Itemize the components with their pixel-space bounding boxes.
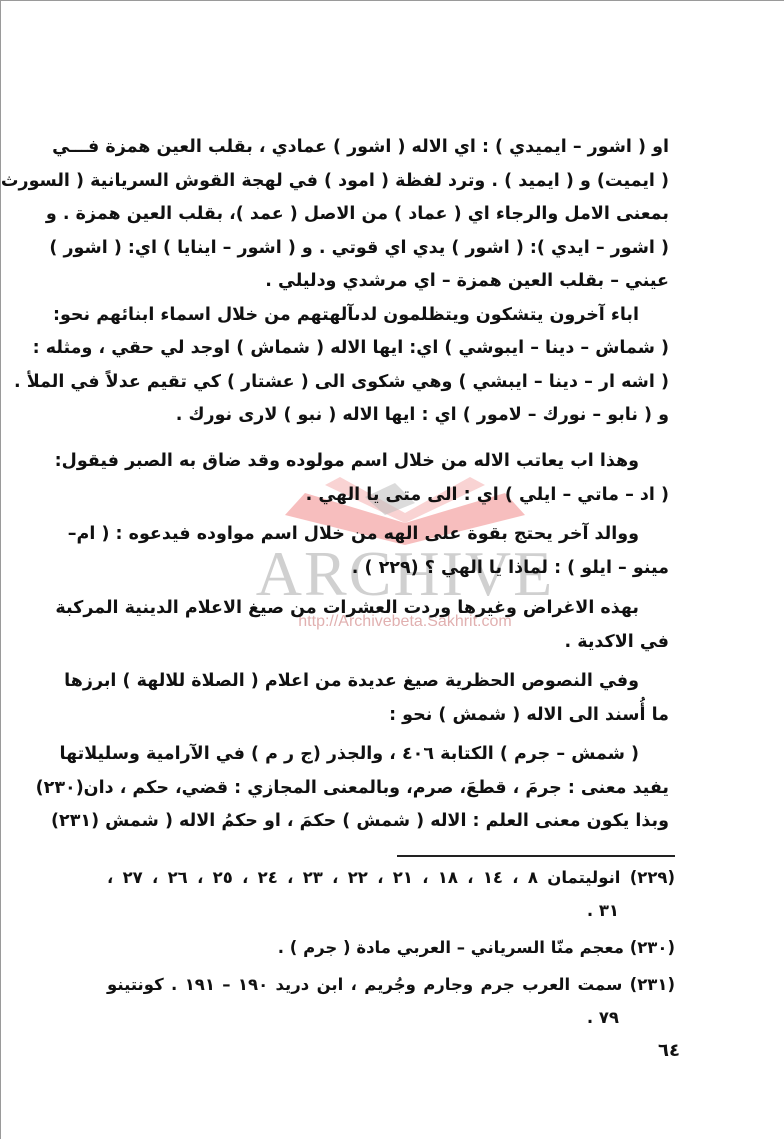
text-line: و ( نابو – نورك – لامور ) اي : ايها الال… [107,399,669,433]
body-text: وهذا اب يعاتب الاله من خلال اسم مولوده و… [107,445,669,512]
text-line: وبذا يكون معنى العلم : الاله ( شمش ) حكم… [107,805,669,839]
text-line: يفيد معنى : جرمَ ، قطعَ، صرم، وبالمعنى ا… [107,772,669,806]
text-line: ( شماش – دينا – ايبوشي ) اي: ايها الاله … [107,332,669,366]
footnote-231-cont: ٧٩ . [107,1001,675,1034]
text-line: ووالد آخر يحتج بقوة على الهه من خلال اسم… [107,518,669,552]
text-line: عيني – بقلب العين همزة – اي مرشدي ودليلي… [107,265,669,299]
footnote-229-cont: ٣١ . [107,894,675,927]
body-text: ووالد آخر يحتج بقوة على الهه من خلال اسم… [107,518,669,585]
body-text: وفي النصوص الحظرية صيغ عديدة من اعلام ( … [107,665,669,732]
footnotes: (٢٢٩) انوليتمان ٨ ، ١٤ ، ١٨ ، ٢١ ، ٢٢ ، … [107,861,675,1034]
text-line: بمعنى الامل والرجاء اي ( عماد ) من الاصل… [107,198,669,232]
text-line: ( اشه ار – دينا – ايبشي ) وهي شكوى الى (… [107,366,669,400]
body-text: او ( اشور – ايميدي ) : اي الاله ( اشور )… [107,131,669,433]
text-line: ( شمش – جرم ) الكتابة ٤٠٦ ، والجذر (ج ر … [107,738,669,772]
text-line: ( ايميت) و ( ايميد ) . وترد لفظة ( امود … [107,165,669,199]
text-line: بهذه الاغراض وغيرها وردت العشرات من صيغ … [107,592,669,626]
text-line: ( اد – ماتي – ايلي ) اي : الى متى يا اله… [107,479,669,513]
page-number: ٦٤ [658,1040,680,1061]
text-line: مينو – ايلو ) : لماذا يا الهي ؟ (٢٢٩ ) . [107,552,669,586]
text-line: وفي النصوص الحظرية صيغ عديدة من اعلام ( … [107,665,669,699]
text-line: او ( اشور – ايميدي ) : اي الاله ( اشور )… [107,131,669,165]
footnote-231: (٢٣١) سمت العرب جرم وجارم وجُريم ، ابن د… [107,968,675,1001]
text-line: ما أُسند الى الاله ( شمش ) نحو : [107,699,669,733]
footnote-230: (٢٣٠) معجم منّا السرياني – العربي مادة (… [107,931,675,964]
text-line: في الاكدية . [107,626,669,660]
body-text: بهذه الاغراض وغيرها وردت العشرات من صيغ … [107,592,669,659]
text-line: ( اشور – ايدي ): ( اشور ) يدي اي قوتي . … [107,232,669,266]
text-line: اباء آخرون يتشكون ويتظلمون لدىآلهتهم من … [107,299,669,333]
footnote-229: (٢٢٩) انوليتمان ٨ ، ١٤ ، ١٨ ، ٢١ ، ٢٢ ، … [107,861,675,894]
text-line: وهذا اب يعاتب الاله من خلال اسم مولوده و… [107,445,669,479]
footnote-divider [397,855,675,857]
body-text: ( شمش – جرم ) الكتابة ٤٠٦ ، والجذر (ج ر … [107,738,669,839]
